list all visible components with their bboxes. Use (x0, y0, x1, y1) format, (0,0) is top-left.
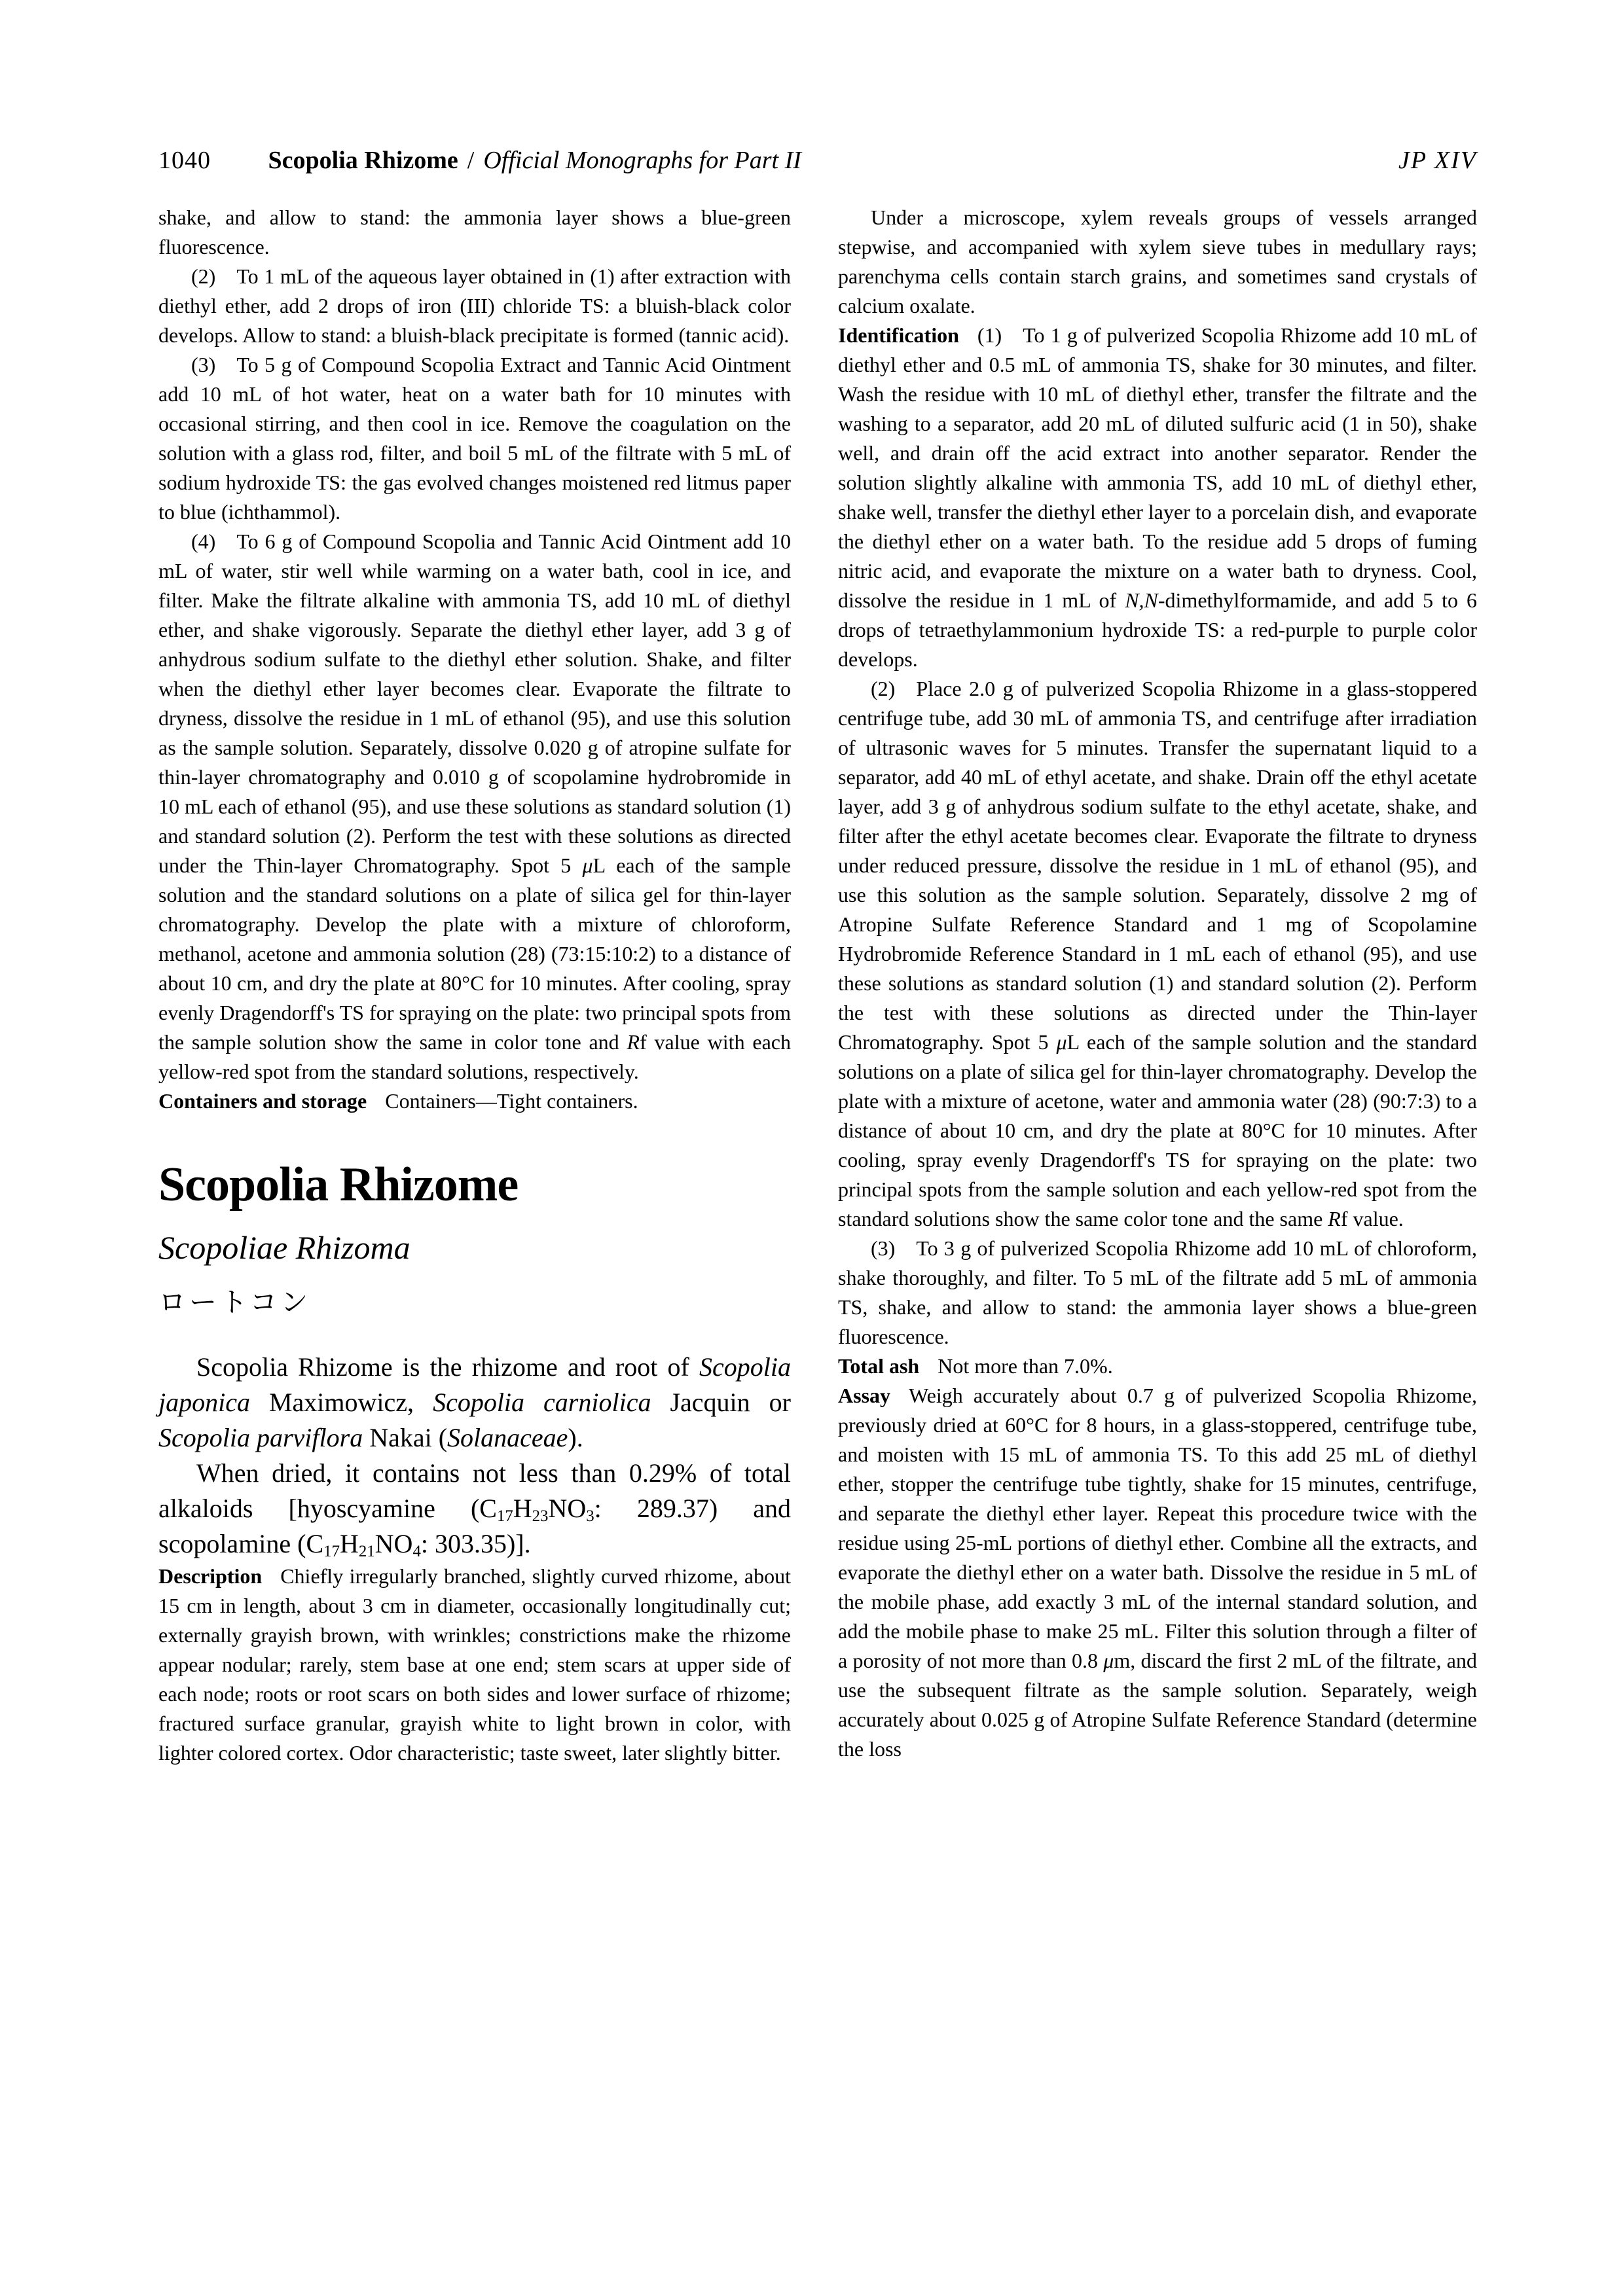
section-label: Total ash (838, 1354, 919, 1378)
page-header: 1040 Scopolia Rhizome/Official Monograph… (158, 145, 1477, 175)
paragraph: Under a microscope, xylem reveals groups… (838, 203, 1477, 321)
section-label: Containers and storage (158, 1089, 367, 1113)
document-page: 1040 Scopolia Rhizome/Official Monograph… (0, 0, 1623, 2296)
monograph-japanese-name: ロートコン (158, 1286, 791, 1319)
subscript: 4 (412, 1543, 420, 1560)
italic-run: Scopolia carniolica (433, 1388, 651, 1417)
paragraph: When dried, it contains not less than 0.… (158, 1456, 791, 1562)
italic-run: Solanaceae (447, 1423, 568, 1452)
subscript: 21 (359, 1543, 375, 1560)
italic-run: μ (1103, 1649, 1114, 1672)
paragraph: (2) To 1 mL of the aqueous layer obtaine… (158, 262, 791, 350)
italic-run: μ (583, 853, 593, 877)
paragraph: (3) To 5 g of Compound Scopolia Extract … (158, 350, 791, 527)
monograph-title: Scopolia Rhizome (158, 1158, 791, 1212)
monograph-latin-name: Scopoliae Rhizoma (158, 1229, 791, 1267)
labeled-paragraph: Containers and storageContainers—Tight c… (158, 1086, 791, 1116)
running-section-title: Official Monographs for Part II (483, 147, 801, 174)
subscript: 17 (323, 1543, 340, 1560)
running-title: Scopolia Rhizome/Official Monographs for… (268, 147, 801, 174)
italic-run: N,N (1125, 588, 1158, 612)
edition-label: JP XIV (1398, 147, 1477, 174)
running-head-left: 1040 Scopolia Rhizome/Official Monograph… (158, 145, 801, 175)
labeled-paragraph: DescriptionChiefly irregularly branched,… (158, 1562, 791, 1768)
labeled-paragraph: Identification(1) To 1 g of pulverized S… (838, 321, 1477, 674)
right-column: Under a microscope, xylem reveals groups… (838, 203, 1477, 1764)
paragraph: Scopolia Rhizome is the rhizome and root… (158, 1350, 791, 1456)
section-label: Description (158, 1564, 262, 1588)
italic-run: Scopolia parviflora (158, 1423, 363, 1452)
paragraph: (4) To 6 g of Compound Scopolia and Tann… (158, 527, 791, 1086)
running-separator: / (467, 147, 475, 174)
left-column: shake, and allow to stand: the ammonia l… (158, 203, 791, 1768)
page-number: 1040 (158, 145, 211, 175)
italic-run: μ (1057, 1030, 1067, 1054)
running-head-right: JP XIV (1398, 145, 1477, 175)
labeled-paragraph: AssayWeigh accurately about 0.7 g of pul… (838, 1381, 1477, 1764)
paragraph: (2) Place 2.0 g of pulverized Scopolia R… (838, 674, 1477, 1234)
running-monograph-title: Scopolia Rhizome (268, 147, 458, 174)
labeled-paragraph: Total ashNot more than 7.0%. (838, 1352, 1477, 1381)
subscript: 17 (497, 1507, 513, 1525)
subscript: 3 (586, 1507, 594, 1525)
subscript: 23 (532, 1507, 549, 1525)
italic-run: R (627, 1030, 640, 1054)
section-label: Assay (838, 1384, 890, 1407)
section-label: Identification (838, 323, 959, 347)
paragraph: (3) To 3 g of pulverized Scopolia Rhizom… (838, 1234, 1477, 1352)
paragraph: shake, and allow to stand: the ammonia l… (158, 203, 791, 262)
italic-run: R (1328, 1207, 1341, 1230)
